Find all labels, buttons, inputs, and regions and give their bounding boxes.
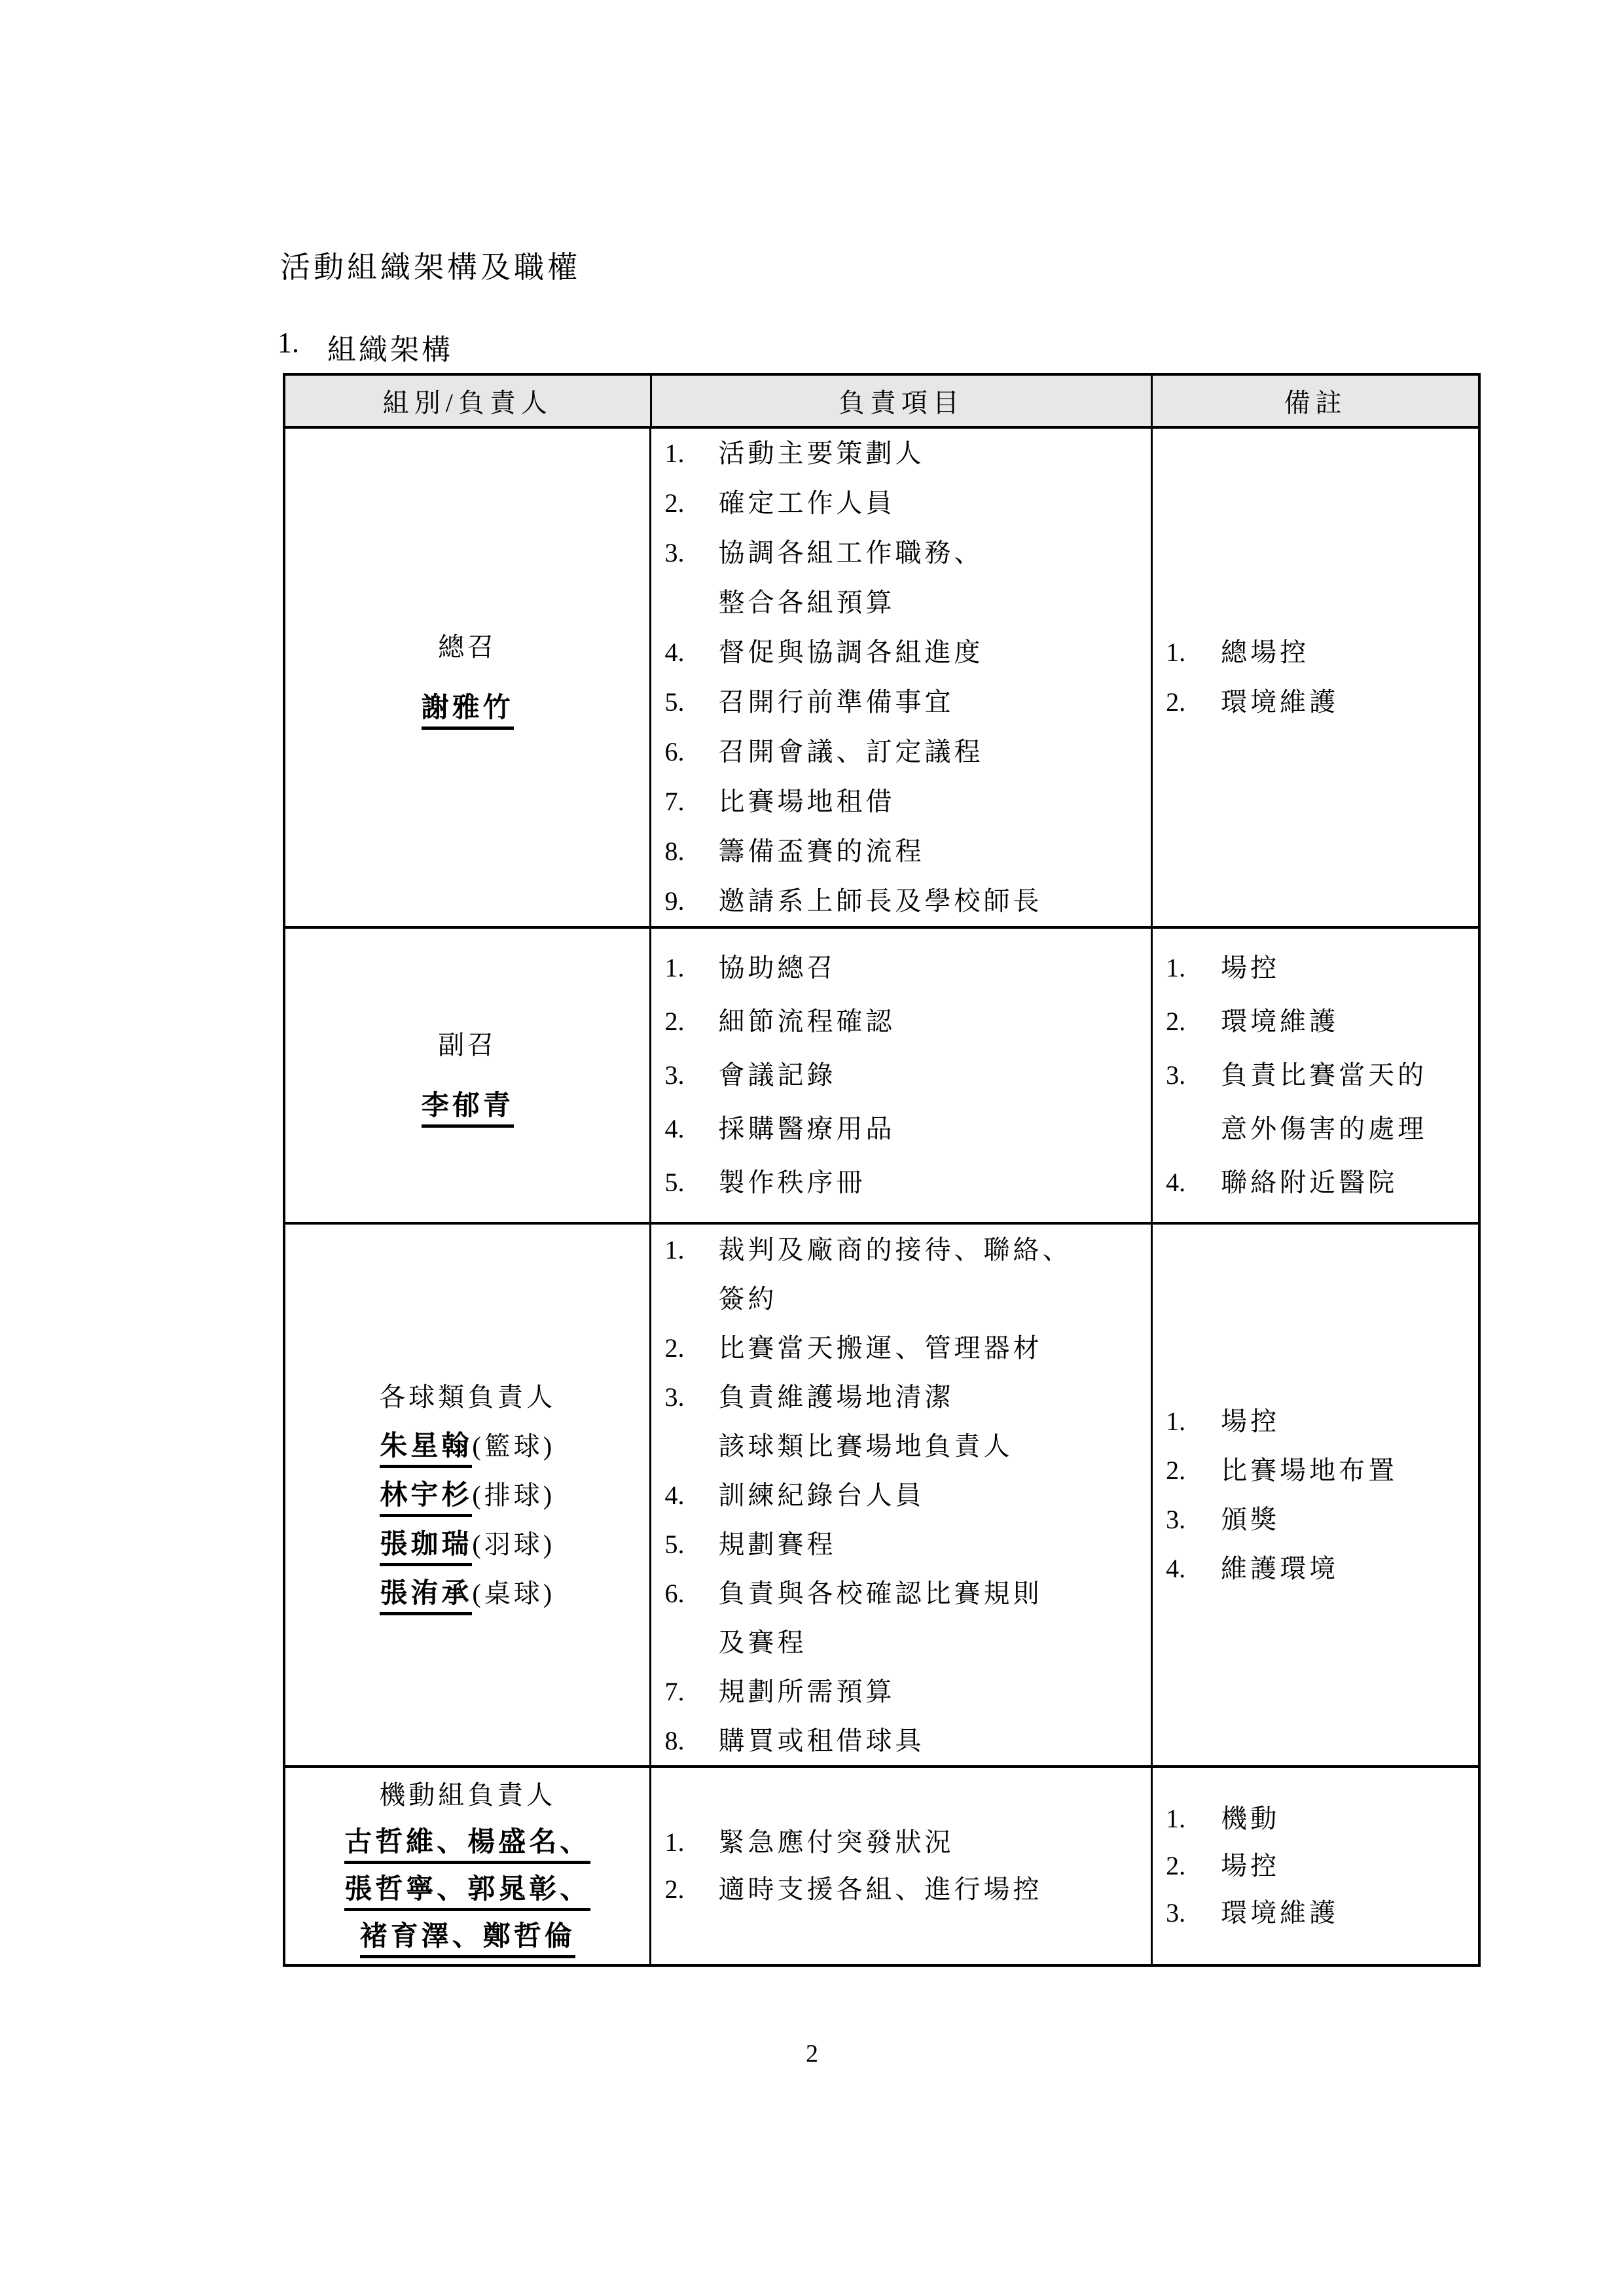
list-item: 1.場控 <box>1166 1397 1474 1446</box>
item-number: 2. <box>1166 677 1221 727</box>
item-text: 環境維護 <box>1221 995 1339 1049</box>
item-text: 規劃所需預算 <box>718 1667 895 1716</box>
item-number: 3. <box>664 1372 718 1422</box>
list-item: 2.適時支援各組、進行場控 <box>664 1866 1147 1913</box>
notes-cell: 1.場控2.環境維護3.負責比賽當天的意外傷害的處理4.聯絡附近醫院 <box>1153 929 1478 1222</box>
list-item: 2.比賽當天搬運、管理器材 <box>664 1323 1147 1372</box>
table-header-row: 組別/負責人負責項目備註 <box>285 376 1478 429</box>
item-number: 8. <box>664 1716 718 1765</box>
list-item: 2.環境維護 <box>1166 677 1474 727</box>
item-text: 召開會議、訂定議程 <box>718 727 983 777</box>
item-text: 負責與各校確認比賽規則及賽程 <box>718 1569 1042 1667</box>
item-text: 維護環境 <box>1221 1544 1339 1593</box>
item-number: 1. <box>1166 628 1221 677</box>
item-text: 邀請系上師長及學校師長 <box>718 876 1042 926</box>
person-name: 張洧承 <box>380 1578 472 1615</box>
group-line: 張哲寧、郭晁彰、 <box>344 1866 590 1913</box>
item-text: 訓練紀錄台人員 <box>718 1471 924 1520</box>
table-row: 各球類負責人朱星翰(籃球)林宇杉(排球)張珈瑞(羽球)張洧承(桌球)1.裁判及廠… <box>285 1225 1478 1768</box>
item-text: 比賽場地租借 <box>718 777 895 827</box>
item-number: 3. <box>1166 1495 1221 1544</box>
list-item: 2.比賽場地布置 <box>1166 1446 1474 1495</box>
list-item: 4.訓練紀錄台人員 <box>664 1471 1147 1520</box>
item-number: 3. <box>1166 1049 1221 1102</box>
item-number: 2. <box>664 995 718 1049</box>
notes-cell: 1.機動2.場控3.環境維護 <box>1153 1768 1478 1964</box>
person-name: 張哲寧、郭晁彰、 <box>344 1874 590 1911</box>
list-item: 9.邀請系上師長及學校師長 <box>664 876 1147 926</box>
page-number: 2 <box>0 2039 1624 2068</box>
item-text: 頒獎 <box>1221 1495 1280 1544</box>
group-label: 副召 <box>438 1030 497 1060</box>
list-item: 1.緊急應付突發狀況 <box>664 1819 1147 1866</box>
group-label: (籃球) <box>472 1431 555 1461</box>
group-line: 張洧承(桌球) <box>380 1569 555 1618</box>
item-text: 負責維護場地清潔該球類比賽場地負責人 <box>718 1372 1013 1471</box>
person-name: 李郁青 <box>422 1090 514 1128</box>
group-line: 張珈瑞(羽球) <box>380 1520 555 1569</box>
person-name: 古哲維、楊盛名、 <box>344 1827 590 1864</box>
item-text: 緊急應付突發狀況 <box>718 1819 954 1866</box>
notes-cell: 1.場控2.比賽場地布置3.頒獎4.維護環境 <box>1153 1225 1478 1765</box>
item-text: 裁判及廠商的接待、聯絡、簽約 <box>718 1225 1072 1323</box>
item-text: 細節流程確認 <box>718 995 895 1049</box>
list-item: 8.購買或租借球具 <box>664 1716 1147 1765</box>
group-label: 機動組負責人 <box>379 1780 556 1810</box>
item-text: 活動主要策劃人 <box>718 429 924 478</box>
column-header: 組別/負責人 <box>285 376 652 426</box>
item-number: 2. <box>664 1866 718 1913</box>
table-row: 機動組負責人古哲維、楊盛名、張哲寧、郭晁彰、褚育澤、鄭哲倫1.緊急應付突發狀況2… <box>285 1768 1478 1964</box>
list-item: 7.比賽場地租借 <box>664 777 1147 827</box>
item-number: 3. <box>1166 1890 1221 1937</box>
item-text: 召開行前準備事宜 <box>718 677 954 727</box>
list-item: 1.裁判及廠商的接待、聯絡、簽約 <box>664 1225 1147 1323</box>
item-text: 場控 <box>1221 1397 1280 1446</box>
group-label: (排球) <box>472 1480 555 1510</box>
item-number: 1. <box>664 941 718 995</box>
list-item: 8.籌備盃賽的流程 <box>664 827 1147 876</box>
list-item: 2.確定工作人員 <box>664 478 1147 528</box>
list-item: 6.召開會議、訂定議程 <box>664 727 1147 777</box>
item-text: 協助總召 <box>718 941 836 995</box>
item-number: 2. <box>1166 995 1221 1049</box>
duties-cell: 1.協助總召2.細節流程確認3.會議記錄4.採購醫療用品5.製作秩序冊 <box>651 929 1153 1222</box>
list-item: 1.活動主要策劃人 <box>664 429 1147 478</box>
list-item: 4.督促與協調各組進度 <box>664 628 1147 677</box>
item-number: 4. <box>1166 1544 1221 1593</box>
item-number: 7. <box>664 1667 718 1716</box>
item-number: 1. <box>1166 941 1221 995</box>
table-row: 副召李郁青1.協助總召2.細節流程確認3.會議記錄4.採購醫療用品5.製作秩序冊… <box>285 929 1478 1225</box>
group-line: 各球類負責人 <box>379 1372 556 1422</box>
group-line: 總召 <box>438 617 497 677</box>
list-item: 4.採購醫療用品 <box>664 1102 1147 1156</box>
item-number: 5. <box>664 1156 718 1210</box>
list-item: 1.協助總召 <box>664 941 1147 995</box>
list-item: 3.負責維護場地清潔該球類比賽場地負責人 <box>664 1372 1147 1471</box>
item-text: 比賽當天搬運、管理器材 <box>718 1323 1042 1372</box>
item-text: 負責比賽當天的意外傷害的處理 <box>1221 1049 1427 1156</box>
item-text: 適時支援各組、進行場控 <box>718 1866 1042 1913</box>
item-number: 6. <box>664 1569 718 1618</box>
page-title: 活動組織架構及職權 <box>280 243 581 287</box>
column-header: 負責項目 <box>652 376 1153 426</box>
item-number: 1. <box>1166 1795 1221 1842</box>
item-number: 3. <box>664 528 718 578</box>
item-text: 製作秩序冊 <box>718 1156 865 1210</box>
duties-cell: 1.活動主要策劃人2.確定工作人員3.協調各組工作職務、整合各組預算4.督促與協… <box>651 429 1153 926</box>
group-line: 副召 <box>438 1014 497 1075</box>
section-number: 1. <box>278 326 327 368</box>
duties-cell: 1.裁判及廠商的接待、聯絡、簽約2.比賽當天搬運、管理器材3.負責維護場地清潔該… <box>651 1225 1153 1765</box>
item-number: 9. <box>664 876 718 926</box>
list-item: 3.協調各組工作職務、整合各組預算 <box>664 528 1147 628</box>
group-cell: 各球類負責人朱星翰(籃球)林宇杉(排球)張珈瑞(羽球)張洧承(桌球) <box>285 1225 651 1765</box>
list-item: 1.機動 <box>1166 1795 1474 1842</box>
item-text: 督促與協調各組進度 <box>718 628 983 677</box>
group-label: 各球類負責人 <box>379 1382 556 1412</box>
group-label: (羽球) <box>472 1530 555 1559</box>
item-number: 2. <box>664 1323 718 1372</box>
list-item: 5.規劃賽程 <box>664 1520 1147 1569</box>
list-item: 5.召開行前準備事宜 <box>664 677 1147 727</box>
item-number: 2. <box>664 478 718 528</box>
group-line: 機動組負責人 <box>379 1772 556 1819</box>
item-text: 採購醫療用品 <box>718 1102 895 1156</box>
list-item: 1.總場控 <box>1166 628 1474 677</box>
item-text: 場控 <box>1221 941 1280 995</box>
list-item: 4.聯絡附近醫院 <box>1166 1156 1474 1210</box>
list-item: 3.負責比賽當天的意外傷害的處理 <box>1166 1049 1474 1156</box>
column-header: 備註 <box>1153 376 1478 426</box>
item-text: 環境維護 <box>1221 1890 1339 1937</box>
item-number: 5. <box>664 1520 718 1569</box>
item-number: 1. <box>664 1225 718 1274</box>
item-text: 會議記錄 <box>718 1049 836 1102</box>
list-item: 5.製作秩序冊 <box>664 1156 1147 1210</box>
list-item: 3.會議記錄 <box>664 1049 1147 1102</box>
organization-table: 組別/負責人負責項目備註總召謝雅竹1.活動主要策劃人2.確定工作人員3.協調各組… <box>283 373 1481 1967</box>
list-item: 2.細節流程確認 <box>664 995 1147 1049</box>
group-cell: 副召李郁青 <box>285 929 651 1222</box>
list-item: 7.規劃所需預算 <box>664 1667 1147 1716</box>
item-number: 1. <box>664 1819 718 1866</box>
item-text: 聯絡附近醫院 <box>1221 1156 1398 1210</box>
item-text: 確定工作人員 <box>718 478 895 528</box>
list-item: 3.頒獎 <box>1166 1495 1474 1544</box>
duties-cell: 1.緊急應付突發狀況2.適時支援各組、進行場控 <box>651 1768 1153 1964</box>
group-line: 李郁青 <box>422 1075 514 1136</box>
person-name: 林宇杉 <box>380 1480 472 1517</box>
section-heading: 1. 組織架構 <box>278 326 453 368</box>
group-label: (桌球) <box>472 1579 555 1608</box>
document-page: 活動組織架構及職權 1. 組織架構 組別/負責人負責項目備註總召謝雅竹1.活動主… <box>0 0 1624 2296</box>
item-number: 8. <box>664 827 718 876</box>
group-line: 謝雅竹 <box>422 677 514 738</box>
person-name: 謝雅竹 <box>422 692 514 730</box>
item-number: 4. <box>664 1471 718 1520</box>
item-text: 協調各組工作職務、整合各組預算 <box>718 528 983 628</box>
item-number: 4. <box>1166 1156 1221 1210</box>
group-line: 褚育澤、鄭哲倫 <box>360 1913 575 1960</box>
group-line: 林宇杉(排球) <box>380 1471 555 1520</box>
item-text: 購買或租借球具 <box>718 1716 924 1765</box>
item-number: 3. <box>664 1049 718 1102</box>
list-item: 2.場控 <box>1166 1842 1474 1890</box>
item-text: 場控 <box>1221 1842 1280 1890</box>
group-cell: 機動組負責人古哲維、楊盛名、張哲寧、郭晁彰、褚育澤、鄭哲倫 <box>285 1768 651 1964</box>
person-name: 褚育澤、鄭哲倫 <box>360 1921 575 1958</box>
item-number: 4. <box>664 1102 718 1156</box>
item-text: 總場控 <box>1221 628 1309 677</box>
group-label: 總召 <box>438 632 497 662</box>
item-number: 7. <box>664 777 718 827</box>
item-number: 5. <box>664 677 718 727</box>
person-name: 朱星翰 <box>380 1431 472 1468</box>
item-number: 4. <box>664 628 718 677</box>
list-item: 2.環境維護 <box>1166 995 1474 1049</box>
table-row: 總召謝雅竹1.活動主要策劃人2.確定工作人員3.協調各組工作職務、整合各組預算4… <box>285 429 1478 929</box>
item-number: 2. <box>1166 1446 1221 1495</box>
item-number: 2. <box>1166 1842 1221 1890</box>
item-text: 比賽場地布置 <box>1221 1446 1398 1495</box>
group-line: 朱星翰(籃球) <box>380 1422 555 1471</box>
list-item: 1.場控 <box>1166 941 1474 995</box>
item-text: 籌備盃賽的流程 <box>718 827 924 876</box>
list-item: 6.負責與各校確認比賽規則及賽程 <box>664 1569 1147 1667</box>
item-number: 1. <box>1166 1397 1221 1446</box>
item-text: 規劃賽程 <box>718 1520 836 1569</box>
list-item: 3.環境維護 <box>1166 1890 1474 1937</box>
item-text: 機動 <box>1221 1795 1280 1842</box>
item-number: 6. <box>664 727 718 777</box>
notes-cell: 1.總場控2.環境維護 <box>1153 429 1478 926</box>
person-name: 張珈瑞 <box>380 1529 472 1566</box>
group-cell: 總召謝雅竹 <box>285 429 651 926</box>
section-title: 組織架構 <box>327 326 453 368</box>
group-line: 古哲維、楊盛名、 <box>344 1819 590 1866</box>
item-number: 1. <box>664 429 718 478</box>
list-item: 4.維護環境 <box>1166 1544 1474 1593</box>
item-text: 環境維護 <box>1221 677 1339 727</box>
